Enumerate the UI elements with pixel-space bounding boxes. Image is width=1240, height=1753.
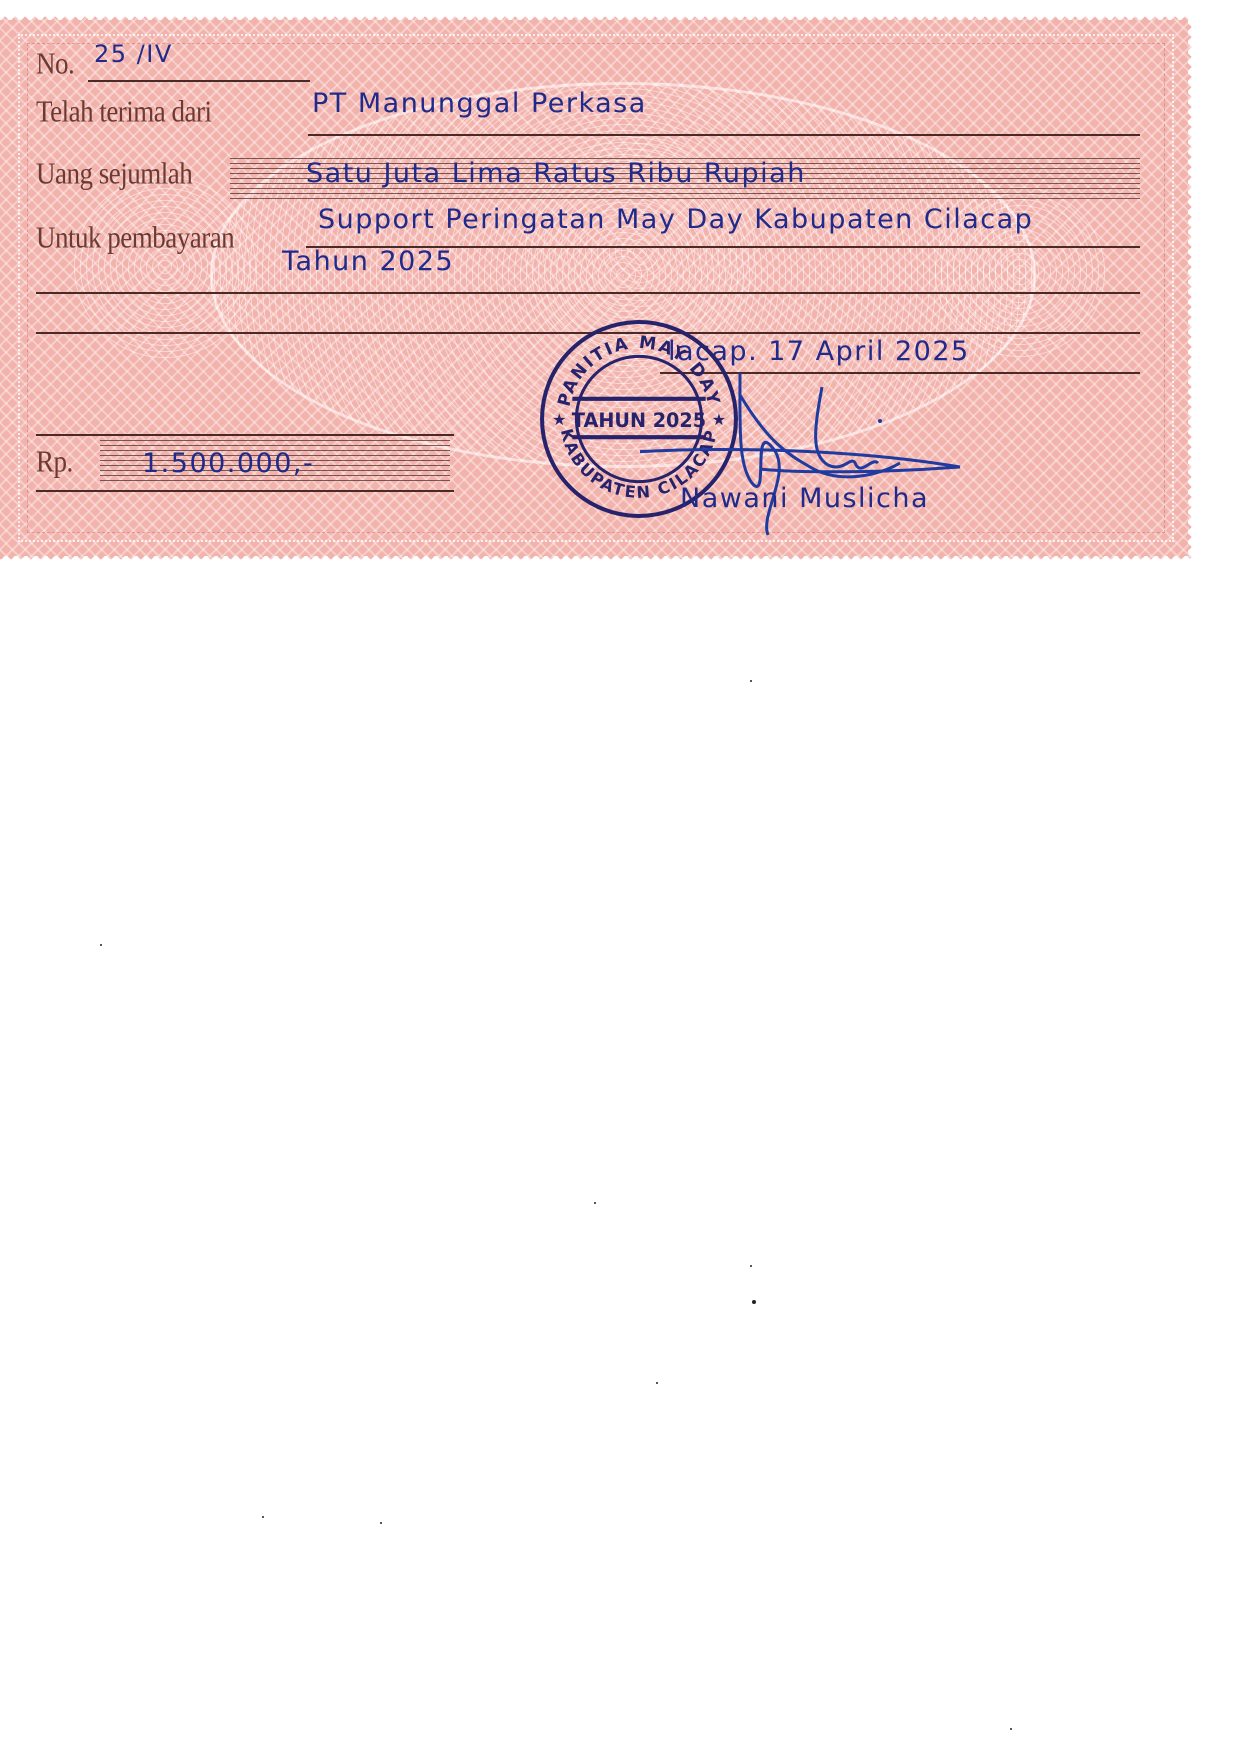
serrated-edge-bottom	[0, 556, 1196, 564]
star-icon: ★	[552, 412, 566, 429]
scan-speck	[656, 1382, 658, 1384]
serrated-edge-right	[1188, 12, 1196, 564]
scan-speck	[750, 1265, 752, 1267]
number-line	[88, 80, 310, 82]
scan-speck	[594, 1202, 596, 1204]
receipt-number: 25 /IV	[94, 40, 173, 68]
scan-speck	[750, 680, 752, 682]
number-label: No.	[36, 46, 74, 82]
scan-speck	[752, 1300, 756, 1304]
received-from-line	[308, 134, 1140, 136]
scan-speck	[100, 944, 102, 946]
received-from-value: PT Manunggal Perkasa	[312, 88, 647, 119]
amount-bottom-line	[36, 490, 454, 492]
amount-words-value: Satu Juta Lima Ratus Ribu Rupiah	[306, 158, 806, 189]
serrated-edge-top	[0, 12, 1196, 20]
signature: Nawani Muslicha	[640, 365, 1020, 540]
scan-speck	[262, 1516, 264, 1518]
amount-words-label: Uang sejumlah	[36, 156, 192, 192]
signer-name: Nawani Muslicha	[680, 483, 929, 514]
currency-label: Rp.	[36, 444, 73, 480]
purpose-line-1: Support Peringatan May Day Kabupaten Cil…	[318, 204, 1033, 235]
received-from-label: Telah terima dari	[36, 94, 212, 130]
amount-top-line	[36, 434, 454, 436]
purpose-label: Untuk pembayaran	[36, 220, 234, 256]
purpose-line-2: Tahun 2025	[282, 246, 454, 277]
scan-speck	[1010, 1728, 1012, 1730]
purpose-line-rule-2	[36, 292, 1140, 294]
scan-speck	[380, 1522, 382, 1524]
amount-value: 1.500.000,-	[142, 448, 314, 479]
